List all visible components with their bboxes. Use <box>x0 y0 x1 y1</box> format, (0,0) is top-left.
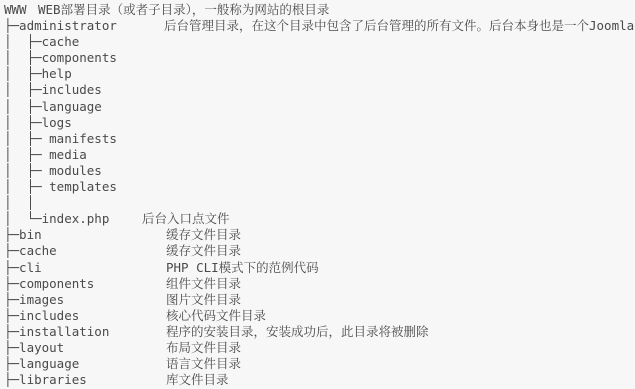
tree-branch: │ ├─cache <box>4 34 79 50</box>
tree-branch: │ ├─ modules <box>4 163 102 179</box>
dir-description: 后台入口点文件 <box>142 211 230 227</box>
tree-branch: │ └─index.php <box>4 211 109 227</box>
tree-row-libraries: ├─libraries 库文件目录 <box>0 372 635 388</box>
tree-row-admin-templates: │ ├─ templates <box>0 179 635 195</box>
dir-description: 布局文件目录 <box>166 340 241 356</box>
tree-branch: ├─components <box>4 276 94 292</box>
tree-branch: ├─libraries <box>4 372 87 388</box>
dir-description: 组件文件目录 <box>166 276 241 292</box>
tree-row-installation: ├─installation 程序的安装目录，安装成功后，此目录将被删除 <box>0 324 635 340</box>
tree-row-layout: ├─layout 布局文件目录 <box>0 340 635 356</box>
tree-row-cli: ├─cli PHP CLI模式下的范例代码 <box>0 260 635 276</box>
tree-branch: ├─cli <box>4 260 42 276</box>
directory-tree-document: WWW WEB部署目录（或者子目录），一般称为网站的根目录 ├─administ… <box>0 0 635 389</box>
tree-branch: │ ├─components <box>4 50 117 66</box>
tree-row-admin-modules: │ ├─ modules <box>0 163 635 179</box>
tree-row-admin-logs: │ ├─logs <box>0 115 635 131</box>
tree-row-includes: ├─includes 核心代码文件目录 <box>0 308 635 324</box>
tree-branch: ├─cache <box>4 243 57 259</box>
tree-row-admin-index-php: │ └─index.php 后台入口点文件 <box>0 211 635 227</box>
tree-row-components: ├─components 组件文件目录 <box>0 276 635 292</box>
tree-row-language: ├─language 语言文件目录 <box>0 356 635 372</box>
tree-branch: ├─installation <box>4 324 109 340</box>
tree-branch: │ ├─ media <box>4 147 87 163</box>
tree-row-admin-media: │ ├─ media <box>0 147 635 163</box>
tree-branch: ├─bin <box>4 227 42 243</box>
tree-row-root: WWW WEB部署目录（或者子目录），一般称为网站的根目录 <box>0 2 635 18</box>
tree-branch: WWW <box>4 2 27 18</box>
dir-description: WEB部署目录（或者子目录），一般称为网站的根目录 <box>38 2 329 18</box>
tree-branch: │ ├─includes <box>4 82 102 98</box>
tree-branch: │ ├─ templates <box>4 179 117 195</box>
tree-branch: │ │ <box>4 195 34 211</box>
tree-row-admin-components: │ ├─components <box>0 50 635 66</box>
tree-row-admin-spacer: │ │ <box>0 195 635 211</box>
tree-branch: │ ├─logs <box>4 115 72 131</box>
dir-description: 后台管理目录，在这个目录中包含了后台管理的所有文件。后台本身也是一个Joomla… <box>164 18 635 34</box>
tree-branch: │ ├─help <box>4 66 72 82</box>
dir-description: 缓存文件目录 <box>166 243 241 259</box>
dir-description: 缓存文件目录 <box>166 227 241 243</box>
tree-row-admin-help: │ ├─help <box>0 66 635 82</box>
tree-branch: ├─administrator <box>4 18 117 34</box>
tree-branch: ├─includes <box>4 308 79 324</box>
dir-description: 库文件目录 <box>166 372 229 388</box>
tree-branch: │ ├─ manifests <box>4 131 117 147</box>
tree-row-admin-manifests: │ ├─ manifests <box>0 131 635 147</box>
tree-row-administrator: ├─administrator 后台管理目录，在这个目录中包含了后台管理的所有文… <box>0 18 635 34</box>
tree-row-admin-cache: │ ├─cache <box>0 34 635 50</box>
dir-description: PHP CLI模式下的范例代码 <box>166 260 319 276</box>
dir-description: 核心代码文件目录 <box>166 308 266 324</box>
dir-description: 图片文件目录 <box>166 292 241 308</box>
tree-branch: │ ├─language <box>4 99 102 115</box>
tree-row-admin-includes: │ ├─includes <box>0 82 635 98</box>
tree-branch: ├─layout <box>4 340 64 356</box>
dir-description: 语言文件目录 <box>166 356 241 372</box>
tree-branch: ├─images <box>4 292 64 308</box>
tree-row-images: ├─images 图片文件目录 <box>0 292 635 308</box>
tree-row-admin-language: │ ├─language <box>0 99 635 115</box>
tree-branch: ├─language <box>4 356 79 372</box>
tree-row-bin: ├─bin 缓存文件目录 <box>0 227 635 243</box>
dir-description: 程序的安装目录，安装成功后，此目录将被删除 <box>166 324 429 340</box>
tree-row-cache: ├─cache 缓存文件目录 <box>0 243 635 259</box>
